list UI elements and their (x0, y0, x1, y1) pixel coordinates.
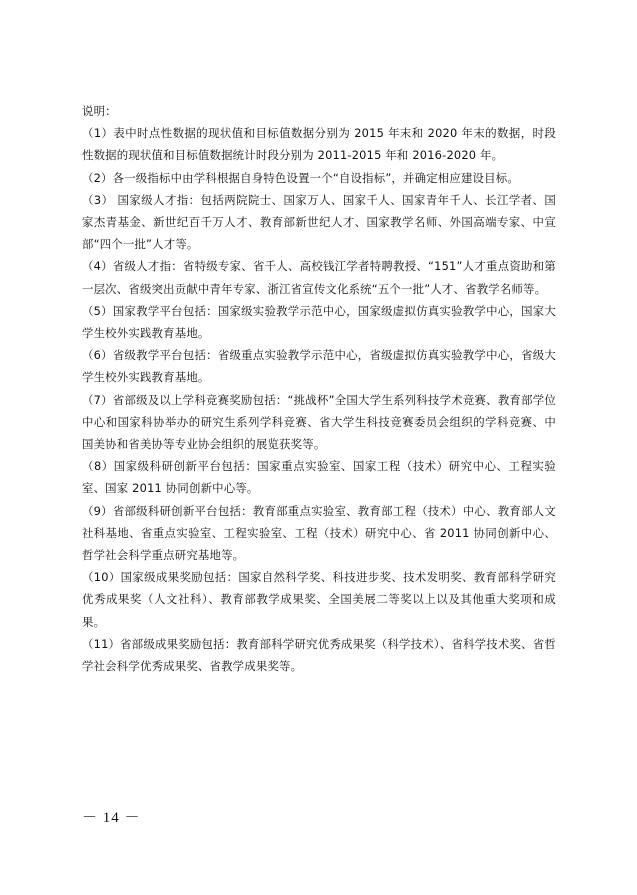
note-item-7: （7）省部级及以上学科竞赛奖励包括：“挑战杯”全国大学生系列科技学术竞赛、教育部… (82, 389, 556, 456)
notes-section: 说明： （1）表中时点性数据的现状值和目标值数据分别为 2015 年末和 202… (82, 100, 556, 677)
page-number: － 14 － (82, 806, 141, 827)
document-page: 说明： （1）表中时点性数据的现状值和目标值数据分别为 2015 年末和 202… (0, 0, 637, 895)
note-item-9: （9）省部级科研创新平台包括：教育部重点实验室、教育部工程（技术）中心、教育部人… (82, 500, 556, 567)
notes-heading: 说明： (82, 100, 556, 122)
note-item-5: （5）国家教学平台包括：国家级实验教学示范中心，国家级虚拟仿真实验教学中心，国家… (82, 300, 556, 344)
note-item-4: （4）省级人才指：省特级专家、省千人、高校钱江学者特聘教授、“151”人才重点资… (82, 255, 556, 299)
note-item-11: （11）省部级成果奖励包括：教育部科学研究优秀成果奖（科学技术）、省科学技术奖、… (82, 633, 556, 677)
note-item-2: （2）各一级指标中由学科根据自身特色设置一个“自设指标”，并确定相应建设目标。 (82, 167, 556, 189)
note-item-10: （10）国家级成果奖励包括：国家自然科学奖、科技进步奖、技术发明奖、教育部科学研… (82, 566, 556, 633)
note-item-1: （1）表中时点性数据的现状值和目标值数据分别为 2015 年末和 2020 年末… (82, 122, 556, 166)
note-item-3: （3） 国家级人才指：包括两院院士、国家万人、国家千人、国家青年千人、长江学者、… (82, 189, 556, 256)
note-item-8: （8）国家级科研创新平台包括：国家重点实验室、国家工程（技术）研究中心、工程实验… (82, 455, 556, 499)
note-item-6: （6）省级教学平台包括：省级重点实验教学示范中心，省级虚拟仿真实验教学中心，省级… (82, 344, 556, 388)
